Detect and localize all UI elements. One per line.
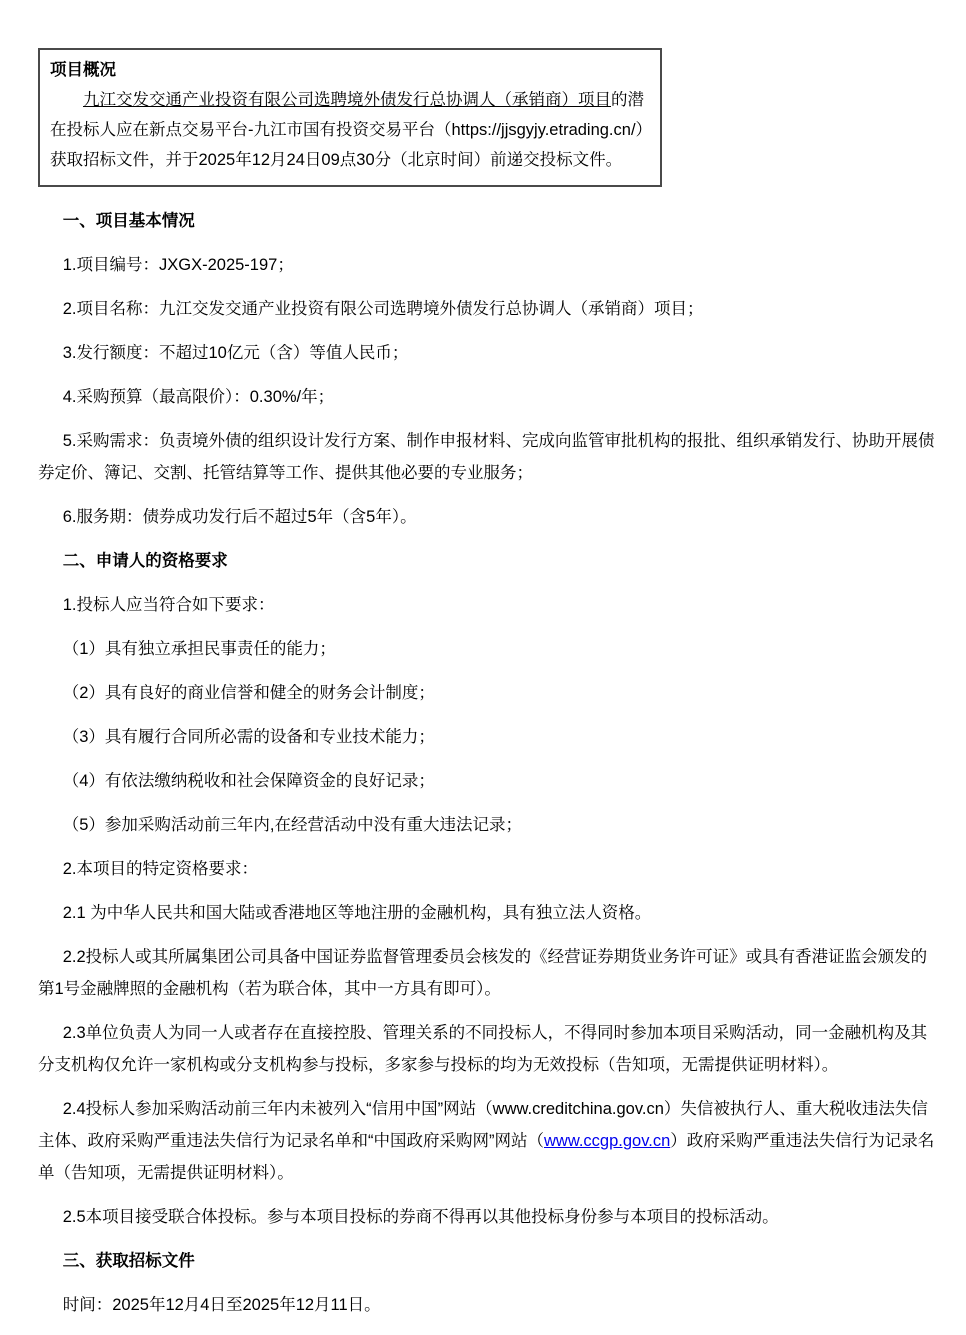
- paragraph-req-4: （4）有依法缴纳税收和社会保障资金的良好记录；: [38, 765, 936, 797]
- paragraph-req-5: （5）参加采购活动前三年内,在经营活动中没有重大违法记录；: [38, 809, 936, 841]
- document-body: 一、项目基本情况 1.项目编号：JXGX-2025-197； 2.项目名称：九江…: [38, 205, 936, 1321]
- paragraph-requirements-intro: 1.投标人应当符合如下要求：: [38, 589, 936, 621]
- paragraph-service-period: 6.服务期：债券成功发行后不超过5年（含5年）。: [38, 501, 936, 533]
- paragraph-2-2: 2.2投标人或其所属集团公司具备中国证券监督管理委员会核发的《经营证券期货业务许…: [38, 941, 936, 1005]
- project-name-underlined: 九江交发交通产业投资有限公司选聘境外债发行总协调人（承销商）项目: [83, 91, 611, 109]
- document-page: { "colors": { "text": "#000000", "link":…: [0, 0, 966, 1335]
- overview-paragraph: 九江交发交通产业投资有限公司选聘境外债发行总协调人（承销商）项目的潜在投标人应在…: [50, 85, 652, 175]
- paragraph-2-3: 2.3单位负责人为同一人或者存在直接控股、管理关系的不同投标人，不得同时参加本项…: [38, 1017, 936, 1081]
- section-3-heading: 三、获取招标文件: [38, 1245, 936, 1277]
- paragraph-procurement-needs: 5.采购需求：负责境外债的组织设计发行方案、制作申报材料、完成向监管审批机构的报…: [38, 425, 936, 489]
- section-1-heading: 一、项目基本情况: [38, 205, 936, 237]
- paragraph-specific-qualifications: 2.本项目的特定资格要求：: [38, 853, 936, 885]
- paragraph-2-1: 2.1 为中华人民共和国大陆或香港地区等地注册的金融机构，具有独立法人资格。: [38, 897, 936, 929]
- ccgp-link[interactable]: www.ccgp.gov.cn: [544, 1132, 670, 1150]
- paragraph-req-3: （3）具有履行合同所必需的设备和专业技术能力；: [38, 721, 936, 753]
- paragraph-2-5: 2.5本项目接受联合体投标。参与本项目投标的券商不得再以其他投标身份参与本项目的…: [38, 1201, 936, 1233]
- section-2-heading: 二、申请人的资格要求: [38, 545, 936, 577]
- etrading-url: https://jjsgyjy.etrading.cn/: [452, 121, 636, 139]
- paragraph-project-number: 1.项目编号：JXGX-2025-197；: [38, 249, 936, 281]
- paragraph-2-4: 2.4投标人参加采购活动前三年内未被列入“信用中国”网站（www.creditc…: [38, 1093, 936, 1189]
- paragraph-budget: 4.采购预算（最高限价）：0.30%/年；: [38, 381, 936, 413]
- paragraph-req-1: （1）具有独立承担民事责任的能力；: [38, 633, 936, 665]
- overview-box-title: 项目概况: [50, 55, 652, 85]
- paragraph-issue-amount: 3.发行额度：不超过10亿元（含）等值人民币；: [38, 337, 936, 369]
- paragraph-req-2: （2）具有良好的商业信誉和健全的财务会计制度；: [38, 677, 936, 709]
- overview-box: 项目概况 九江交发交通产业投资有限公司选聘境外债发行总协调人（承销商）项目的潜在…: [38, 48, 662, 187]
- paragraph-project-name: 2.项目名称：九江交发交通产业投资有限公司选聘境外债发行总协调人（承销商）项目；: [38, 293, 936, 325]
- paragraph-obtain-time: 时间：2025年12月4日至2025年12月11日。: [38, 1289, 936, 1321]
